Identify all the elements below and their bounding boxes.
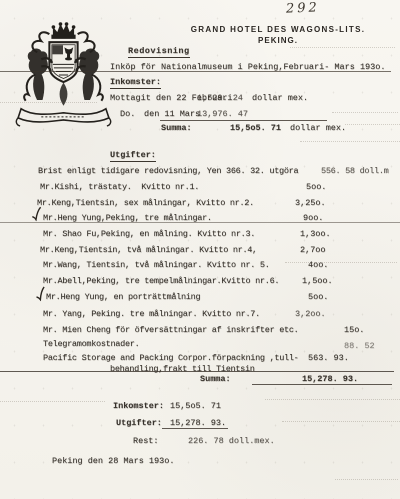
- scan-dots: [345, 124, 400, 125]
- expense-amount: 563. 93.: [308, 353, 349, 363]
- summary-value: 15,278. 93.: [170, 418, 226, 428]
- expense-desc: Mr.Keng,Tientsin, två målningar. Kvitto …: [40, 245, 257, 255]
- sum-rule: [252, 384, 392, 385]
- expense-desc: Mr.Keng,Tientsin, sex målningar, Kvitto …: [37, 198, 254, 208]
- page-number-handwritten: 292: [286, 0, 320, 16]
- summary-label: Rest:: [133, 436, 159, 446]
- expense-amount: 556. 58 doll.m: [321, 166, 389, 176]
- expense-desc: Pacific Storage and Packing Corpor.förpa…: [43, 353, 299, 363]
- expenses-summa-amount: 15,278. 93.: [302, 374, 358, 384]
- scan-dots: [265, 399, 400, 400]
- expense-desc: Mr.Heng Yung, en porträttmålning: [46, 292, 200, 302]
- expense-amount: 2,7oo: [300, 245, 326, 255]
- letterhead-line1: GRAND HOTEL DES WAGONS-LITS.: [167, 25, 389, 34]
- expense-desc: Mr. Shao Fu,Peking, en målning. Kvitto n…: [43, 229, 255, 239]
- expense-amount: 88. 52: [344, 341, 375, 351]
- expense-desc: Mr.Kishi, trästaty. Kvitto nr.1.: [40, 182, 199, 192]
- scan-dots: [0, 401, 105, 402]
- expense-desc: Mr. Mien Cheng för öfversättningar af in…: [43, 325, 299, 335]
- expense-desc-continuation: behandling,frakt till Tientsin: [110, 364, 255, 374]
- document-title: Redovisning: [128, 46, 190, 58]
- income-section-heading: Inkomster:: [110, 77, 161, 89]
- summary-label: Inkomster:: [113, 401, 164, 411]
- summary-label: Utgifter:: [116, 418, 162, 428]
- income-summa-label: Summa:: [161, 123, 192, 133]
- hotel-crest-icon: [13, 21, 114, 130]
- sum-rule: [160, 120, 327, 121]
- expense-desc: Telegramomkostnader.: [43, 339, 139, 349]
- sum-rule: [162, 428, 228, 429]
- income-row-label2: den 11 Mars: [144, 109, 200, 119]
- expenses-section-heading: Utgifter:: [110, 150, 156, 162]
- expense-amount: 1,5oo.: [302, 276, 333, 286]
- expense-amount: 15o.: [344, 325, 364, 335]
- expense-amount: 1,3oo.: [300, 229, 331, 239]
- expense-amount: 3,2oo.: [295, 309, 326, 319]
- scan-dots: [290, 47, 395, 48]
- scan-dots: [332, 112, 398, 113]
- summary-value: 226. 78 doll.mex.: [188, 436, 275, 446]
- expenses-summa-label: Summa:: [200, 374, 231, 384]
- expense-amount: 3,25o.: [295, 198, 326, 208]
- expense-amount: 5oo.: [308, 292, 328, 302]
- summary-value: 15,5o5. 71: [170, 401, 221, 411]
- scan-line: [0, 222, 400, 223]
- income-summa-amount: 15,5o5. 71: [230, 123, 281, 133]
- income-row-currency: dollar mex.: [252, 93, 308, 103]
- letterhead-line2: PEKING.: [167, 36, 389, 45]
- income-row-label: Do.: [120, 109, 135, 119]
- sum-rule: [0, 371, 394, 372]
- handwritten-checkmark-icon: [30, 206, 43, 221]
- income-row-amount: 13,976. 47: [197, 109, 248, 119]
- expense-amount: 5oo.: [306, 182, 326, 192]
- expense-desc: Mr.Abell,Peking, tre tempelmålningar.Kvi…: [43, 276, 279, 286]
- scan-dots: [335, 479, 398, 480]
- dateline: Peking den 28 Mars 193o.: [52, 456, 174, 466]
- scan-line: [0, 71, 391, 72]
- expense-desc: Mr. Yang, Peking. tre målningar. Kvitto …: [43, 309, 260, 319]
- scan-dots: [282, 421, 400, 422]
- income-summa-currency: dollar mex.: [290, 123, 346, 133]
- scan-dots: [0, 102, 97, 103]
- income-row-amount: 1,529. 24: [197, 93, 243, 103]
- scan-dots: [300, 141, 400, 142]
- scan-dots: [285, 262, 397, 263]
- expense-desc: Mr.Wang, Tientsin, två målningar. Kvitto…: [43, 260, 270, 270]
- document-page: 292: [0, 0, 400, 499]
- expense-desc: Brist enligt tidigare redovisning, Yen 3…: [38, 166, 298, 176]
